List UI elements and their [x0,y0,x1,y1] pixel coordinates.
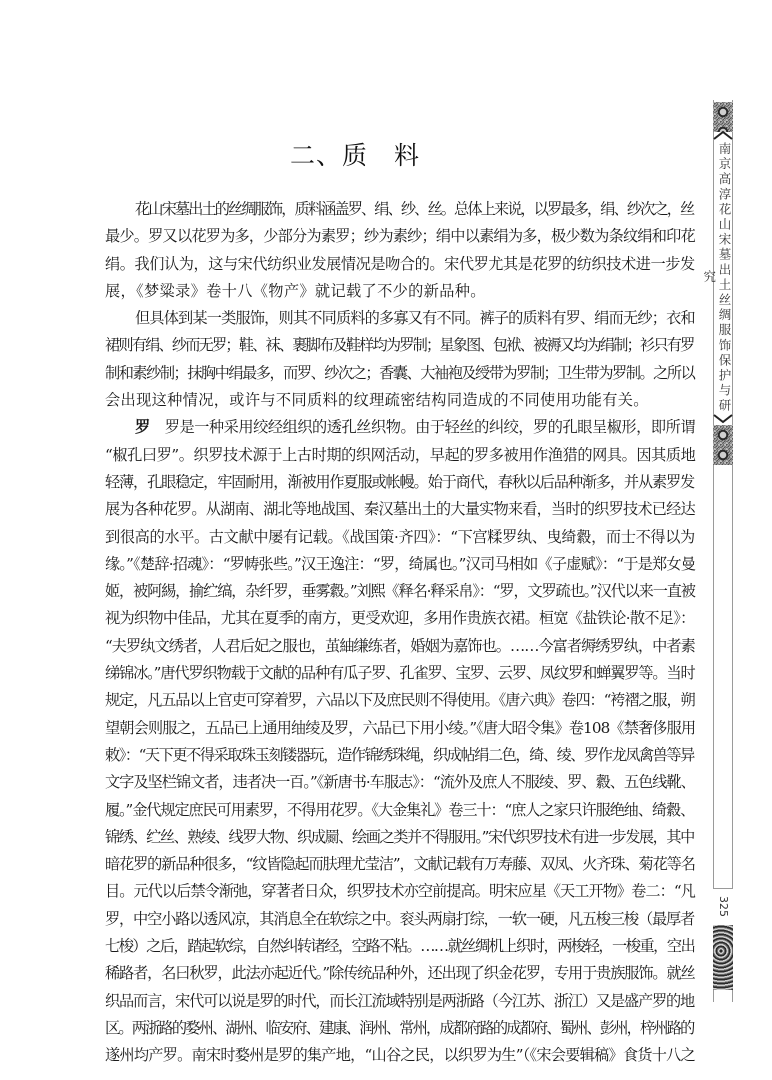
text-line: 姬，被阿緆，揄纻缟，杂纤罗，垂雾縠。”刘熙《释名·释采帛》：“罗，文罗疏也。”汉… [105,578,696,605]
text-line: 遂州均产罗。南宋时婺州是罗的集产地，“山谷之民，以织罗为生”（《宋会要辑稿》食货… [105,1042,696,1069]
text-line: 绢。我们认为，这与宋代纺织业发展情况是吻合的。宋代罗尤其是花罗的纺织技术进一步发 [105,251,696,278]
line-text: 遂州均产罗。南宋时婺州是罗的集产地，“山谷之民，以织罗为生”（《宋会要辑稿》食货… [105,1046,695,1064]
page-title: 二、质料 [0,136,710,172]
line-text: 稀路者，名曰秋罗，此法亦起近代。”除传统品种外，还出现了织金花罗，专用于贵族服饰… [105,964,695,982]
line-text: 罗，中空小路以透风凉，其消息全在软综之中。衮头两扇打综，一软一硬，凡五梭三梭（最… [105,910,694,928]
text-line: 展，《梦粱录》卷十八《物产》就记载了不少的新品种。 [105,278,696,305]
text-line: “夫罗纨文绣者，人君后妃之服也，茧紬缣练者，婚姻为嘉饰也。……今富者缛绣罗纨，中… [105,633,696,660]
text-line: 七梭）之后，踏起软综，自然纠转诸经，空路不粘。……就丝绸机上织时，两梭轻，一梭重… [105,933,696,960]
text-line: 最少。罗又以花罗为多，少部分为素罗；纱为素纱；绢中以素绢为多，极少数为条纹绢和印… [105,223,696,250]
text-line: 会出现这种情况，或许与不同质料的纹理疏密结构同造成的不同使用功能有关。 [105,387,696,414]
line-text: 区。两浙路的婺州、湖州、临安府、建康、润州、常州，成都府路的成都府、蜀州、彭州，… [105,1019,694,1037]
text-line: 稀路者，名曰秋罗，此法亦起近代。”除传统品种外，还出现了织金花罗，专用于贵族服饰… [105,960,696,987]
ornament-middle-icon [713,425,733,465]
text-line: 敕》：“天下更不得采取珠玉刻镂器玩，造作锦绣珠绳，织成帖绢二色，绮、绫、罗作龙凤… [105,742,696,769]
line-text: 织品而言，宋代可以说是罗的时代，而长江流域特别是两浙路（今江苏、浙江）又是盛产罗… [105,992,694,1010]
text-line: 罗，中空小路以透风凉，其消息全在软综之中。衮头两扇打综，一软一硬，凡五梭三梭（最… [105,906,696,933]
text-line: 制和素纱制；抹胸中绢最多，而罗、纱次之；香囊、大袖袍及绶带为罗制；卫生带为罗制。… [105,360,696,387]
line-text: 绨锦冰。”唐代罗织物载于文献的品种有瓜子罗、孔雀罗、宝罗、云罗、凤纹罗和蝉翼罗等… [105,664,695,682]
line-text: 视为织物中佳品，尤其在夏季的南方，更受欢迎，多用作贵族衣裙。桓宽《盐铁论·散不足… [105,609,695,627]
term-heading: 罗 [135,418,150,436]
chevron-down-icon [713,414,733,424]
line-text: 姬，被阿緆，揄纻缟，杂纤罗，垂雾縠。”刘熙《释名·释采帛》：“罗，文罗疏也。”汉… [105,582,695,600]
line-text: 绢。我们认为，这与宋代纺织业发展情况是吻合的。宋代罗尤其是花罗的纺织技术进一步发 [105,255,695,273]
side-book-title: 南京高淳花山宋墓出土丝绸服饰保护与研究 [714,142,732,414]
text-line: “椒孔曰罗”。织罗技术源于上古时期的织网活动，早起的罗多被用作渔猎的网具。因其质… [105,442,696,469]
line-text: 花山宋墓出土的丝绸服饰，质料涵盖罗、绢、纱、丝。总体上来说，以罗最多，绢、纱次之… [135,200,693,218]
ornament-bottom-icon [713,925,733,990]
side-border-right [732,100,733,1002]
text-line: 缘。”《楚辞·招魂》：“罗帱张些。”汉王逸注：“罗，绮属也。”汉司马相如《子虚赋… [105,551,696,578]
body-text: 花山宋墓出土的丝绸服饰，质料涵盖罗、绢、纱、丝。总体上来说，以罗最多，绢、纱次之… [105,196,696,1070]
title-part-1: 二、质 [290,141,368,170]
title-part-2: 料 [394,141,420,170]
text-line: 绨锦冰。”唐代罗织物载于文献的品种有瓜子罗、孔雀罗、宝罗、云罗、凤纹罗和蝉翼罗等… [105,660,696,687]
line-text: 目。元代以后禁令渐弛，穿著者日众，织罗技术亦空前提高。明宋应星《天工开物》卷二：… [105,882,695,900]
line-text: 最少。罗又以花罗为多，少部分为素罗；纱为素纱；绢中以素绢为多，极少数为条纹绢和印… [105,227,695,245]
line-text: 七梭）之后，踏起软综，自然纠转诸经，空路不粘。……就丝绸机上织时，两梭轻，一梭重… [105,937,694,955]
line-text: 敕》：“天下更不得采取珠玉刻镂器玩，造作锦绣珠绳，织成帖绢二色，绮、绫、罗作龙凤… [105,746,694,764]
text-line: 织品而言，宋代可以说是罗的时代，而长江流域特别是两浙路（今江苏、浙江）又是盛产罗… [105,988,696,1015]
text-line: 裙则有绢、纱而无罗；鞋、袜、裹脚布及鞋样均为罗制；星象图、包袱、被褥又均为绢制；… [105,332,696,359]
text-line: 锦绣、纻丝、熟绫、线罗大物、织成罽、绘画之类并不得服用。”宋代织罗技术有进一步发… [105,824,696,851]
line-text: 轻薄，孔眼稳定，牢固耐用，渐被用作夏服或帐幔。始于商代，春秋以后品种渐多，并从素… [105,473,694,491]
page-number: 325 [713,890,733,922]
text-line: 但具体到某一类服饰，则其不同质料的多寡又有不同。裤子的质料有罗、绢而无纱；衣和 [105,305,696,332]
chevron-up-icon [713,130,733,140]
text-line: 目。元代以后禁令渐弛，穿著者日众，织罗技术亦空前提高。明宋应星《天工开物》卷二：… [105,878,696,905]
line-text: 罗是一种采用绞经组织的透孔丝织物。由于轻丝的纠绞，罗的孔眼呈椒形，即所谓 [165,418,695,436]
line-text: “椒孔曰罗”。织罗技术源于上古时期的织网活动，早起的罗多被用作渔猎的网具。因其质… [105,446,695,464]
ornament-top-icon [713,102,733,132]
text-line: 规定，凡五品以上官吏可穿着罗，六品以下及庶民则不得使用。《唐六典》卷四：“袴褶之… [105,687,696,714]
text-line: 罗罗是一种采用绞经组织的透孔丝织物。由于轻丝的纠绞，罗的孔眼呈椒形，即所谓 [105,414,696,441]
line-text: 履。”金代规定庶民可用素罗，不得用花罗。《大金集礼》卷三十：“庶人之家只许服绝䌷… [105,801,694,819]
text-line: 履。”金代规定庶民可用素罗，不得用花罗。《大金集礼》卷三十：“庶人之家只许服绝䌷… [105,797,696,824]
text-line: 区。两浙路的婺州、湖州、临安府、建康、润州、常州，成都府路的成都府、蜀州、彭州，… [105,1015,696,1042]
line-text: 缘。”《楚辞·招魂》：“罗帱张些。”汉王逸注：“罗，绮属也。”汉司马相如《子虚赋… [105,555,695,573]
text-line: 文字及坚栏锦文者，违者决一百。”《新唐书·车服志》：“流外及庶人不服绫、罗、縠、… [105,769,696,796]
line-text: 会出现这种情况，或许与不同质料的纹理疏密结构同造成的不同使用功能有关。 [105,391,649,409]
text-line: 花山宋墓出土的丝绸服饰，质料涵盖罗、绢、纱、丝。总体上来说，以罗最多，绢、纱次之… [105,196,696,223]
text-line: 望朝会则服之，五品已上通用䌷绫及罗，六品已下用小绫。”《唐大昭令集》卷108《禁… [105,715,696,742]
line-text: 制和素纱制；抹胸中绢最多，而罗、纱次之；香囊、大袖袍及绶带为罗制；卫生带为罗制。… [105,364,694,382]
line-text: 文字及坚栏锦文者，违者决一百。”《新唐书·车服志》：“流外及庶人不服绫、罗、縠、… [105,773,695,791]
text-line: 暗花罗的新品种很多，“纹皆隐起而肤理尤莹洁”，文献记载有万寿藤、双凤、火齐珠、菊… [105,851,696,878]
line-text: 展，《梦粱录》卷十八《物产》就记载了不少的新品种。 [105,282,486,300]
text-line: 视为织物中佳品，尤其在夏季的南方，更受欢迎，多用作贵族衣裙。桓宽《盐铁论·散不足… [105,605,696,632]
line-text: 裙则有绢、纱而无罗；鞋、袜、裹脚布及鞋样均为罗制；星象图、包袱、被褥又均为绢制；… [105,336,694,354]
line-text: 望朝会则服之，五品已上通用䌷绫及罗，六品已下用小绫。”《唐大昭令集》卷108《禁… [105,719,695,737]
text-line: 到很高的水平。古文献中屡有记载。《战国策·齐四》：“下宫糅罗纨、曳绮縠，而士不得… [105,524,696,551]
line-text: 规定，凡五品以上官吏可穿着罗，六品以下及庶民则不得使用。《唐六典》卷四：“袴褶之… [105,691,695,709]
line-text: “夫罗纨文绣者，人君后妃之服也，茧紬缣练者，婚姻为嘉饰也。……今富者缛绣罗纨，中… [105,637,695,655]
line-text: 但具体到某一类服饰，则其不同质料的多寡又有不同。裤子的质料有罗、绢而无纱；衣和 [135,309,695,327]
line-text: 锦绣、纻丝、熟绫、线罗大物、织成罽、绘画之类并不得服用。”宋代织罗技术有进一步发… [105,828,694,846]
text-line: 展为各种花罗。从湖南、湖北等地战国、秦汉墓出土的大量实物来看，当时的织罗技术已经… [105,496,696,523]
line-text: 展为各种花罗。从湖南、湖北等地战国、秦汉墓出土的大量实物来看，当时的织罗技术已经… [105,500,695,518]
line-text: 到很高的水平。古文献中屡有记载。《战国策·齐四》：“下宫糅罗纨、曳绮縠，而士不得… [105,528,695,546]
line-text: 暗花罗的新品种很多，“纹皆隐起而肤理尤莹洁”，文献记载有万寿藤、双凤、火齐珠、菊… [105,855,695,873]
text-line: 轻薄，孔眼稳定，牢固耐用，渐被用作夏服或帐幔。始于商代，春秋以后品种渐多，并从素… [105,469,696,496]
